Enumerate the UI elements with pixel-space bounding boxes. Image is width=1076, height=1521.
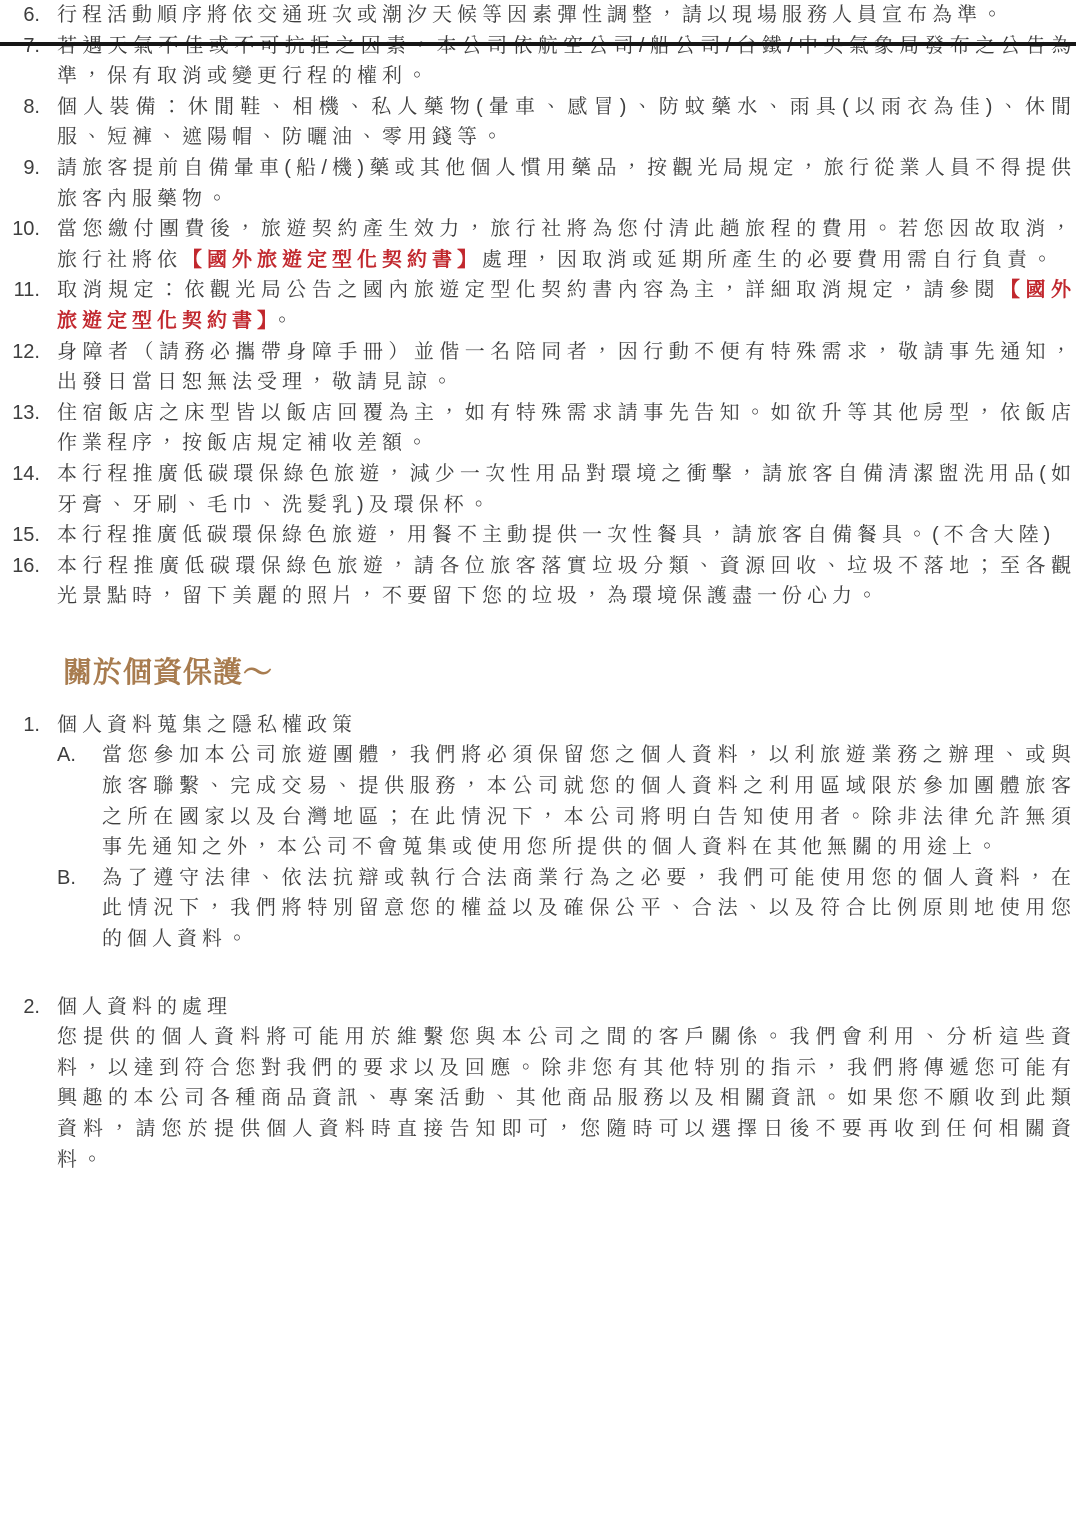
privacy-sub-letter: B.: [57, 863, 87, 894]
contract-name-emphasis: 【國外旅遊定型化契約書】: [57, 279, 1076, 332]
note-item: 7.若遇天氣不佳或不可抗拒之因素，本公司依航空公司/船公司/台鐵/中央氣象局發布…: [0, 31, 1076, 92]
note-item: 13.住宿飯店之床型皆以飯店回覆為主，如有特殊需求請事先告知。如欲升等其他房型，…: [0, 398, 1076, 459]
note-item: 15.本行程推廣低碳環保綠色旅遊，用餐不主動提供一次性餐具，請旅客自備餐具。(不…: [0, 520, 1076, 551]
note-text: 個人裝備：休閒鞋、相機、私人藥物(暈車、感冒)、防蚊藥水、雨具(以雨衣為佳)、休…: [57, 92, 1076, 153]
note-number: 13.: [0, 398, 40, 429]
privacy-section-title: 關於個資保護～: [63, 653, 1010, 693]
privacy-item-body: 您提供的個人資料將可能用於維繫您與本公司之間的客戶關係。我們會利用、分析這些資料…: [57, 1022, 1076, 1175]
note-item: 14.本行程推廣低碳環保綠色旅遊，減少一次性用品對環境之衝擊，請旅客自備清潔盥洗…: [0, 459, 1076, 520]
note-text: 取消規定：依觀光局公告之國內旅遊定型化契約書內容為主，詳細取消規定，請參閱【國外…: [57, 275, 1076, 336]
contract-name-emphasis: 【國外旅遊定型化契約書】: [182, 249, 482, 271]
note-item: 12.身障者（請務必攜帶身障手冊）並偕一名陪同者，因行動不便有特殊需求，敬請事先…: [0, 337, 1076, 398]
note-item: 11.取消規定：依觀光局公告之國內旅遊定型化契約書內容為主，詳細取消規定，請參閱…: [0, 275, 1076, 336]
privacy-sub-text: 當您參加本公司旅遊團體，我們將必須保留您之個人資料，以利旅遊業務之辦理、或與旅客…: [102, 740, 1076, 862]
privacy-item-title: 個人資料蒐集之隱私權政策: [57, 710, 1076, 741]
note-number: 9.: [0, 153, 40, 184]
note-text: 本行程推廣低碳環保綠色旅遊，用餐不主動提供一次性餐具，請旅客自備餐具。(不含大陸…: [57, 520, 1076, 551]
privacy-item-content: 個人資料蒐集之隱私權政策A.當您參加本公司旅遊團體，我們將必須保留您之個人資料，…: [57, 710, 1076, 955]
note-item: 10.當您繳付團費後，旅遊契約產生效力，旅行社將為您付清此趟旅程的費用。若您因故…: [0, 214, 1076, 275]
notes-list: 6.行程活動順序將依交通班次或潮汐天候等因素彈性調整，請以現場服務人員宣布為準。…: [0, 0, 1076, 612]
top-divider: [0, 42, 1076, 46]
note-item: 6.行程活動順序將依交通班次或潮汐天候等因素彈性調整，請以現場服務人員宣布為準。: [0, 0, 1076, 31]
note-text: 住宿飯店之床型皆以飯店回覆為主，如有特殊需求請事先告知。如欲升等其他房型，依飯店…: [57, 398, 1076, 459]
note-number: 14.: [0, 459, 40, 490]
note-text: 行程活動順序將依交通班次或潮汐天候等因素彈性調整，請以現場服務人員宣布為準。: [57, 0, 1076, 31]
note-number: 10.: [0, 214, 40, 245]
note-text: 身障者（請務必攜帶身障手冊）並偕一名陪同者，因行動不便有特殊需求，敬請事先通知，…: [57, 337, 1076, 398]
privacy-sub-item: A.當您參加本公司旅遊團體，我們將必須保留您之個人資料，以利旅遊業務之辦理、或與…: [57, 740, 1076, 862]
note-text: 請旅客提前自備暈車(船/機)藥或其他個人慣用藥品，按觀光局規定，旅行從業人員不得…: [57, 153, 1076, 214]
document-page: 6.行程活動順序將依交通班次或潮汐天候等因素彈性調整，請以現場服務人員宣布為準。…: [0, 0, 1076, 1521]
privacy-list: 1.個人資料蒐集之隱私權政策A.當您參加本公司旅遊團體，我們將必須保留您之個人資…: [0, 710, 1076, 1175]
note-text: 若遇天氣不佳或不可抗拒之因素，本公司依航空公司/船公司/台鐵/中央氣象局發布之公…: [57, 31, 1076, 92]
note-number: 8.: [0, 92, 40, 123]
privacy-item: 2.個人資料的處理您提供的個人資料將可能用於維繫您與本公司之間的客戶關係。我們會…: [0, 992, 1076, 1176]
privacy-item-title: 個人資料的處理: [57, 992, 1076, 1023]
privacy-item-content: 個人資料的處理您提供的個人資料將可能用於維繫您與本公司之間的客戶關係。我們會利用…: [57, 992, 1076, 1176]
note-number: 6.: [0, 0, 40, 31]
note-item: 9.請旅客提前自備暈車(船/機)藥或其他個人慣用藥品，按觀光局規定，旅行從業人員…: [0, 153, 1076, 214]
note-number: 15.: [0, 520, 40, 551]
privacy-sub-text: 為了遵守法律、依法抗辯或執行合法商業行為之必要，我們可能使用您的個人資料，在此情…: [102, 863, 1076, 955]
note-number: 11.: [0, 275, 40, 306]
note-number: 16.: [0, 551, 40, 582]
note-number: 12.: [0, 337, 40, 368]
note-item: 16.本行程推廣低碳環保綠色旅遊，請各位旅客落實垃圾分類、資源回收、垃圾不落地；…: [0, 551, 1076, 612]
privacy-item: 1.個人資料蒐集之隱私權政策A.當您參加本公司旅遊團體，我們將必須保留您之個人資…: [0, 710, 1076, 955]
note-text: 本行程推廣低碳環保綠色旅遊，請各位旅客落實垃圾分類、資源回收、垃圾不落地；至各觀…: [57, 551, 1076, 612]
privacy-sub-list: A.當您參加本公司旅遊團體，我們將必須保留您之個人資料，以利旅遊業務之辦理、或與…: [57, 740, 1076, 954]
privacy-item-number: 1.: [0, 710, 40, 741]
privacy-item-number: 2.: [0, 992, 40, 1023]
privacy-sub-item: B.為了遵守法律、依法抗辯或執行合法商業行為之必要，我們可能使用您的個人資料，在…: [57, 863, 1076, 955]
note-text: 本行程推廣低碳環保綠色旅遊，減少一次性用品對環境之衝擊，請旅客自備清潔盥洗用品(…: [57, 459, 1076, 520]
privacy-sub-letter: A.: [57, 740, 87, 771]
note-item: 8.個人裝備：休閒鞋、相機、私人藥物(暈車、感冒)、防蚊藥水、雨具(以雨衣為佳)…: [0, 92, 1076, 153]
note-text: 當您繳付團費後，旅遊契約產生效力，旅行社將為您付清此趟旅程的費用。若您因故取消，…: [57, 214, 1076, 275]
